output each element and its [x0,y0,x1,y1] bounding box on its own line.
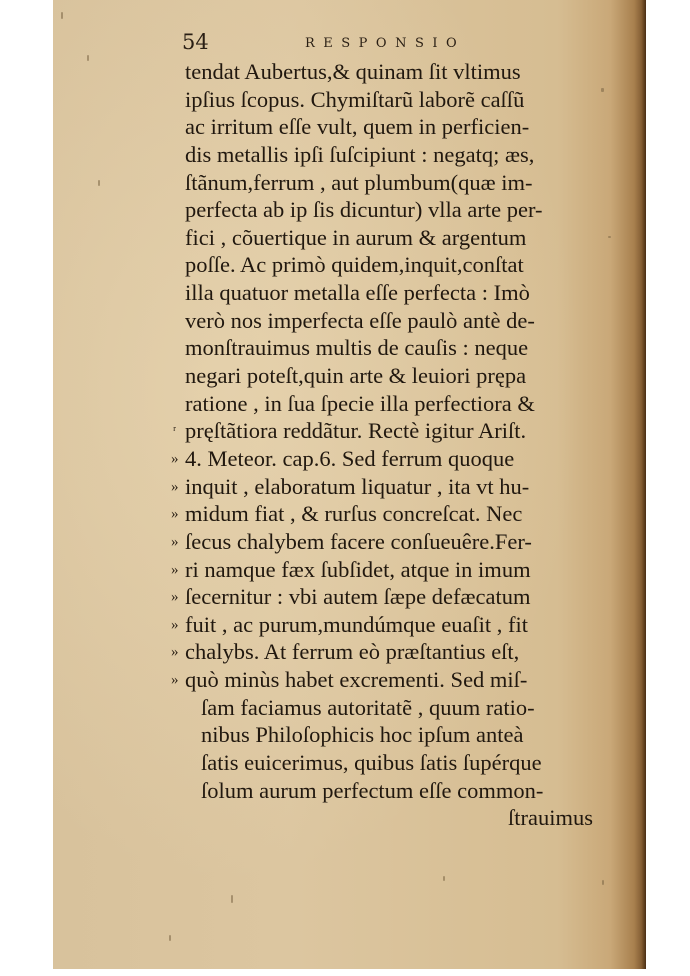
quoted-line: »quò minùs habet excrementi. Sed miſ- [53,666,646,694]
text-line: fici , cõuertique in aurum & argentum [53,224,646,252]
line-text: fici , cõuertique in aurum & argentum [185,224,526,252]
quotation-mark-icon: » [171,474,179,502]
line-text: nibus Philoſophicis hoc ipſum anteà [201,721,523,749]
line-text: pręſtãtiora reddãtur. Rectè igitur Ariſt… [185,417,526,445]
running-head: 54 RESPONSIO [53,28,646,58]
line-text: ſam faciamus autoritatẽ , quum ratio- [201,694,535,722]
text-line: verò nos imperfecta eſſe paulò antè de- [53,307,646,335]
line-text: 4. Meteor. cap.6. Sed ferrum quoque [185,445,514,473]
quoted-line: »chalybs. At ferrum eò præſtantius eſt, [53,638,646,666]
line-text: quò minùs habet excrementi. Sed miſ- [185,666,527,694]
quotation-mark-icon: » [171,639,179,667]
line-text: ſolum aurum perfectum eſſe common- [201,777,543,805]
text-line: nibus Philoſophicis hoc ipſum anteà [53,721,646,749]
line-text: negari poteſt,quin arte & leuiori prępa [185,362,526,390]
line-text: inquit , elaboratum liquatur , ita vt hu… [185,473,529,501]
paper-speck [231,895,233,903]
quoted-line: »fuit , ac purum,mundúmque euaſit , fit [53,611,646,639]
quoted-line: »ri namque fæx ſubſidet, atque in imum [53,556,646,584]
quotation-mark-icon: » [171,584,179,612]
quoted-line: »4. Meteor. cap.6. Sed ferrum quoque [53,445,646,473]
line-text: ipſius ſcopus. Chymiſtarũ laborẽ caſſũ [185,86,524,114]
line-text: midum fiat , & rurſus concreſcat. Nec [185,500,522,528]
quotation-mark-icon: » [171,529,179,557]
text-line: negari poteſt,quin arte & leuiori prępa [53,362,646,390]
line-text: perfecta ab ip ſis dicuntur) vlla arte p… [185,196,543,224]
quotation-mark-icon: » [171,557,179,585]
paper-speck [169,935,171,941]
text-line: perfecta ab ip ſis dicuntur) vlla arte p… [53,196,646,224]
paper-speck [602,880,604,885]
line-text: ſecus chalybem facere conſueuêre.Fer- [185,528,532,556]
line-text: dis metallis ipſi ſuſcipiunt : negatq; æ… [185,141,534,169]
line-text: ſecernitur : vbi autem ſæpe defæcatum [185,583,531,611]
text-line: ſtãnum,ferrum , aut plumbum(quæ im- [53,169,646,197]
text-line: ratione , in ſua ſpecie illa perfectiora… [53,390,646,418]
text-line: illa quatuor metalla eſſe perfecta : Imò [53,279,646,307]
text-line: ipſius ſcopus. Chymiſtarũ laborẽ caſſũ [53,86,646,114]
paper-speck [61,12,63,19]
text-line: poſſe. Ac primò quidem,inquit,conſtat [53,251,646,279]
line-text: ratione , in ſua ſpecie illa perfectiora… [185,390,535,418]
text-line: ſatis euicerimus, quibus ſatis ſupérque [53,749,646,777]
quoted-line: »ſecernitur : vbi autem ſæpe defæcatum [53,583,646,611]
quoted-line: »inquit , elaboratum liquatur , ita vt h… [53,473,646,501]
line-text: ac irritum eſſe vult, quem in perficien- [185,113,529,141]
quotation-mark-icon: » [171,667,179,695]
paper-speck [443,876,445,881]
catchword: ſtrauimus [508,804,593,832]
body-text: tendat Aubertus,& quinam ſit vltimus ipſ… [53,58,646,832]
text-line: tendat Aubertus,& quinam ſit vltimus [53,58,646,86]
page-number: 54 [182,30,209,54]
quotation-mark-icon: » [171,612,179,640]
catchword-line: ſtrauimus [53,804,646,832]
line-text: verò nos imperfecta eſſe paulò antè de- [185,307,535,335]
line-text: poſſe. Ac primò quidem,inquit,conſtat [185,251,524,279]
line-text: tendat Aubertus,& quinam ſit vltimus [185,58,521,86]
running-title: RESPONSIO [305,36,465,51]
line-text: monſtrauimus multis de cauſis : neque [185,334,528,362]
line-text: fuit , ac purum,mundúmque euaſit , fit [185,611,528,639]
text-line: ac irritum eſſe vult, quem in perficien- [53,113,646,141]
line-text: illa quatuor metalla eſſe perfecta : Imò [185,279,530,307]
quotation-mark-icon: » [171,501,179,529]
quoted-line: »ſecus chalybem facere conſueuêre.Fer- [53,528,646,556]
book-page: 54 RESPONSIO tendat Aubertus,& quinam ſi… [53,0,646,969]
margin-mark: ʳ [173,418,176,446]
line-text: ri namque fæx ſubſidet, atque in imum [185,556,531,584]
quotation-mark-icon: » [171,446,179,474]
text-line: monſtrauimus multis de cauſis : neque [53,334,646,362]
line-text: chalybs. At ferrum eò præſtantius eſt, [185,638,519,666]
text-line: dis metallis ipſi ſuſcipiunt : negatq; æ… [53,141,646,169]
line-text: ſatis euicerimus, quibus ſatis ſupérque [201,749,542,777]
text-line: ſolum aurum perfectum eſſe common- [53,777,646,805]
line-text: ſtãnum,ferrum , aut plumbum(quæ im- [185,169,532,197]
quoted-line: »midum fiat , & rurſus concreſcat. Nec [53,500,646,528]
text-line: ſam faciamus autoritatẽ , quum ratio- [53,694,646,722]
text-line: ʳpręſtãtiora reddãtur. Rectè igitur Ariſ… [53,417,646,445]
